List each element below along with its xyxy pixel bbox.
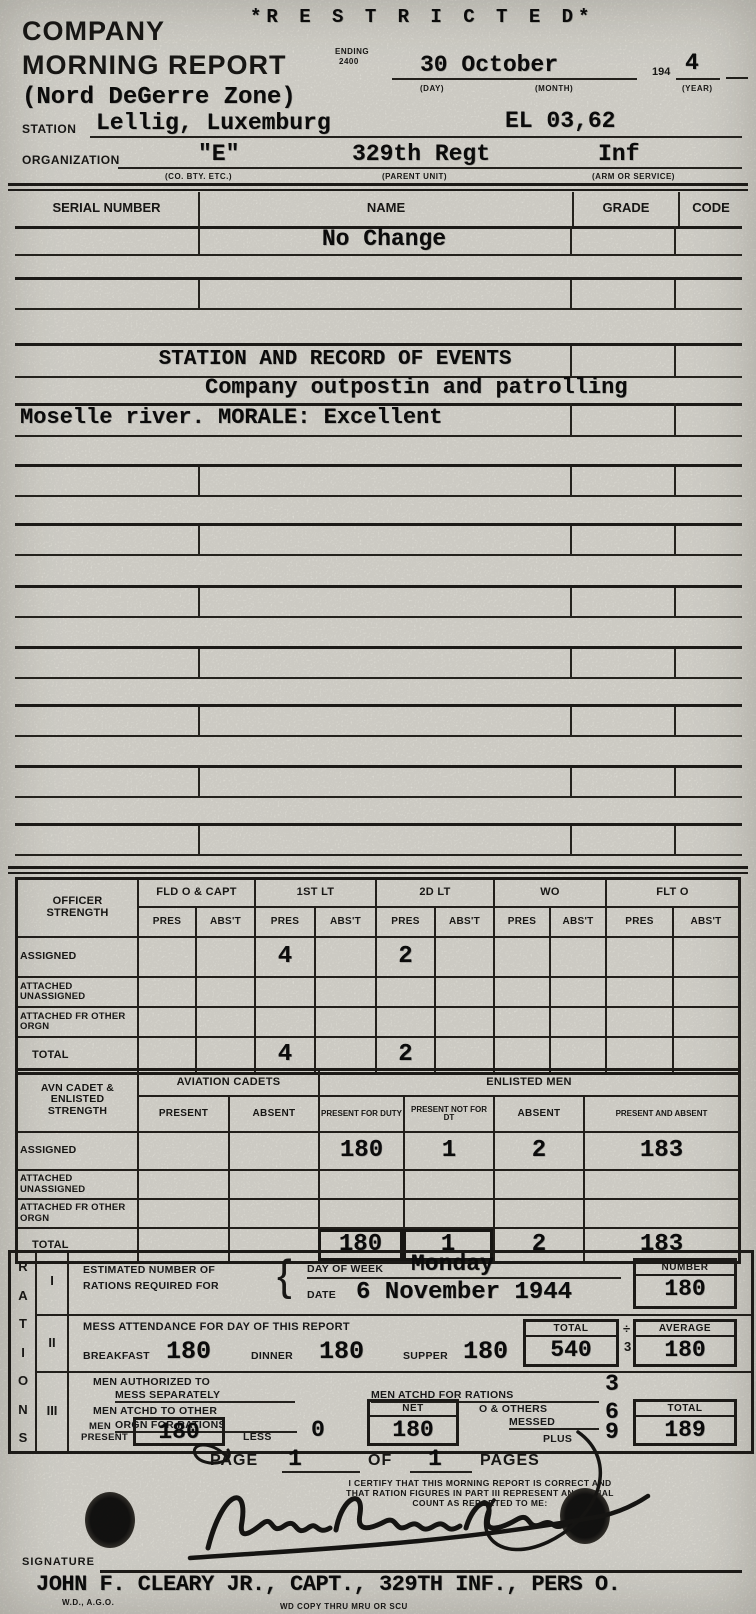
empty-roster-row	[15, 765, 742, 798]
day-label: (DAY)	[420, 84, 444, 93]
value-cell: 2	[375, 938, 434, 976]
auth-mess-label-2: MESS SEPARATELY	[115, 1389, 295, 1403]
org-company-field: "E"	[198, 141, 239, 167]
table-row-attached-fr-other: ATTACHED FR OTHER ORGN	[18, 1198, 738, 1227]
organization-label: ORGANIZATION	[22, 153, 120, 167]
year-label: (YEAR)	[682, 84, 713, 93]
rations-letter: R	[18, 1259, 27, 1274]
divider	[674, 526, 676, 554]
certify-line-1: I CERTIFY THAT THIS MORNING REPORT IS CO…	[330, 1478, 630, 1488]
morning-report-document: *R E S T R I C T E D* COMPANY MORNING RE…	[0, 0, 756, 1614]
divider	[570, 280, 572, 308]
subcol-present-for-duty: PRESENT FOR DUTY	[318, 1097, 403, 1131]
value-cell	[434, 1008, 493, 1036]
col-header-code: CODE	[678, 192, 742, 226]
subcol-abst: ABS'T	[314, 908, 375, 936]
divider	[674, 467, 676, 495]
value-cell	[583, 1200, 738, 1227]
others-label-2: MESSED	[509, 1416, 599, 1430]
empty-roster-row	[15, 585, 742, 618]
value-cell	[493, 1038, 549, 1072]
punch-hole-left	[85, 1492, 135, 1548]
day-of-week-label: DAY OF WEEK	[307, 1263, 383, 1275]
month-label: (MONTH)	[535, 84, 573, 93]
col-header-serial: SERIAL NUMBER	[15, 192, 198, 226]
divider	[198, 768, 200, 796]
ending-label-1: ENDING	[335, 47, 369, 56]
rations-divider-1	[37, 1314, 751, 1316]
col-group-wo: WO	[493, 880, 605, 906]
value-cell	[672, 938, 738, 976]
events-line2: Moselle river. MORALE: Excellent	[20, 405, 442, 430]
divider	[570, 467, 572, 495]
date-report-label: DATE	[307, 1289, 336, 1301]
rations-letter: O	[18, 1373, 28, 1388]
col-group-fldo-capt: FLD O & CAPT	[137, 880, 254, 906]
divide-by: 3	[624, 1339, 631, 1354]
plus-label: PLUS	[543, 1433, 572, 1445]
part3-numeral: III	[37, 1403, 67, 1418]
divider	[674, 826, 676, 854]
col-group-2d-lt: 2D LT	[375, 880, 493, 906]
divider	[198, 826, 200, 854]
divider	[570, 346, 572, 376]
net-label: NET	[370, 1402, 456, 1417]
value-cell	[137, 1008, 195, 1036]
value-cell	[137, 938, 195, 976]
value-cell: 180	[318, 1133, 403, 1169]
value-cell	[672, 978, 738, 1006]
col-group-enlisted-men: ENLISTED MEN	[318, 1071, 738, 1095]
subcol-pres: PRES	[493, 908, 549, 936]
row-label: ATTACHED FR OTHER ORGN	[18, 1008, 137, 1036]
form-title-line1: COMPANY	[22, 16, 165, 47]
officer-sub-row: PRES ABS'T PRES ABS'T PRES ABS'T PRES AB…	[137, 906, 738, 936]
value-cell	[549, 978, 605, 1006]
rations-vertical-label: R A T I O N S	[11, 1253, 37, 1451]
rations-total-value: 189	[636, 1417, 734, 1443]
table-row-attached-unassigned: ATTACHED UNASSIGNED	[18, 976, 738, 1006]
average-label: AVERAGE	[636, 1322, 734, 1337]
org-sublabel-co: (CO. BTY. ETC.)	[165, 172, 232, 181]
part2-numeral: II	[37, 1335, 67, 1350]
number-box: NUMBER 180	[633, 1258, 737, 1309]
day-of-week-field: Monday	[411, 1251, 494, 1277]
value-cell	[314, 1008, 375, 1036]
officer-table-head: OFFICER STRENGTH FLD O & CAPT 1ST LT 2D …	[18, 880, 738, 936]
col-header-grade: GRADE	[572, 192, 678, 226]
divider	[198, 707, 200, 735]
date-report-field: 6 November 1944	[356, 1279, 572, 1306]
divider	[570, 403, 572, 435]
rations-section: R A T I O N S I II III ESTIMATED NUMBER …	[8, 1250, 754, 1454]
men-present-label-2: PRESENT	[81, 1432, 128, 1443]
date-underline	[392, 78, 637, 80]
officer-strength-row-header: OFFICER STRENGTH	[18, 880, 137, 934]
subcol-abst: ABS'T	[195, 908, 254, 936]
table-row-assigned: ASSIGNED 180 1 2 183	[18, 1131, 738, 1169]
value-cell: 2	[493, 1133, 583, 1169]
empty-roster-row	[15, 704, 742, 737]
signature-label: SIGNATURE	[22, 1556, 95, 1568]
value-cell	[493, 938, 549, 976]
part1-label-1: ESTIMATED NUMBER OF	[83, 1264, 215, 1276]
rations-letter: N	[18, 1402, 27, 1417]
less-value: 0	[311, 1417, 325, 1443]
row-label: TOTAL	[18, 1038, 137, 1072]
subcol-present-not-for-dt: PRESENT NOT FOR DT	[403, 1097, 493, 1131]
value-cell	[403, 1171, 493, 1198]
value-cell	[375, 978, 434, 1006]
value-cell	[137, 1171, 228, 1198]
year-prefix: 194	[652, 66, 670, 78]
row-label: ATTACHED FR OTHER ORGN	[18, 1200, 137, 1227]
col-header-name: NAME	[198, 192, 572, 226]
table-row-total: TOTAL 4 2	[18, 1036, 738, 1072]
value-cell	[228, 1200, 318, 1227]
divider	[674, 280, 676, 308]
section-divider-top	[8, 183, 748, 191]
date-field: 30 October	[420, 52, 558, 78]
value-cell	[434, 978, 493, 1006]
divider	[674, 707, 676, 735]
org-arm-field: Inf	[598, 141, 639, 167]
divider	[570, 707, 572, 735]
breakfast-label: BREAKFAST	[83, 1350, 150, 1362]
part1-label-2: RATIONS REQUIRED FOR	[83, 1280, 219, 1292]
divider	[570, 649, 572, 677]
value-cell	[375, 1008, 434, 1036]
col-group-flt-o: FLT O	[605, 880, 738, 906]
table-row-attached-unassigned: ATTACHED UNASSIGNED	[18, 1169, 738, 1198]
divider	[674, 588, 676, 616]
others-label-1: O & OTHERS	[479, 1403, 547, 1415]
value-cell	[403, 1200, 493, 1227]
breakfast-value: 180	[166, 1337, 211, 1366]
station-underline	[90, 136, 742, 138]
row-label: ATTACHED UNASSIGNED	[18, 978, 137, 1006]
subcol-pres: PRES	[605, 908, 672, 936]
station-coord-field: EL 03,62	[505, 108, 615, 134]
value-cell: 1	[403, 1133, 493, 1169]
value-cell	[254, 978, 314, 1006]
brace: {	[277, 1251, 292, 1301]
ending-label-2: 2400	[339, 57, 359, 66]
value-cell	[672, 1008, 738, 1036]
roster-header-row: SERIAL NUMBER NAME GRADE CODE	[15, 192, 742, 229]
mess-attendance-label: MESS ATTENDANCE FOR DAY OF THIS REPORT	[83, 1321, 350, 1333]
value-cell	[137, 1200, 228, 1227]
rations-divider-2	[37, 1371, 751, 1373]
bottom-note: WD COPY THRU MRU OR SCU	[280, 1602, 408, 1611]
table-row-attached-fr-other: ATTACHED FR OTHER ORGN	[18, 1006, 738, 1036]
divider	[198, 588, 200, 616]
empty-roster-row	[15, 523, 742, 556]
net-box: NET 180	[367, 1399, 459, 1446]
events-line1-row: Company outpostin and patrolling	[15, 375, 742, 406]
rations-total-label: TOTAL	[636, 1402, 734, 1417]
divider	[674, 649, 676, 677]
value-cell	[137, 1133, 228, 1169]
rations-letter: I	[21, 1345, 25, 1360]
divider	[198, 280, 200, 308]
value-cell: 4	[254, 938, 314, 976]
mess-total-box: TOTAL 540	[523, 1319, 619, 1367]
classification-banner: *R E S T R I C T E D*	[250, 6, 594, 28]
form-title-line2: MORNING REPORT	[22, 50, 287, 81]
subcol-pres: PRES	[375, 908, 434, 936]
dinner-value: 180	[319, 1337, 364, 1366]
empty-roster-row	[15, 464, 742, 497]
divider	[198, 649, 200, 677]
value-cell	[583, 1171, 738, 1198]
value-cell: 183	[583, 1133, 738, 1169]
empty-roster-row	[15, 646, 742, 679]
net-value: 180	[370, 1417, 456, 1443]
empty-roster-row	[15, 823, 742, 856]
col-group-1st-lt: 1ST LT	[254, 880, 375, 906]
atchd-rations-value: 3	[605, 1371, 619, 1397]
roster-section: SERIAL NUMBER NAME GRADE CODE No Change …	[15, 192, 742, 872]
section-divider-mid	[8, 866, 748, 874]
row-label: ATTACHED UNASSIGNED	[18, 1171, 137, 1198]
value-cell	[493, 1200, 583, 1227]
subcol-pres: PRES	[254, 908, 314, 936]
page-underline	[282, 1471, 360, 1473]
divider	[570, 226, 572, 254]
men-present-value: 180	[136, 1419, 222, 1445]
rations-letter: S	[19, 1430, 28, 1445]
divider	[570, 526, 572, 554]
col-group-aviation-cadets: AVIATION CADETS	[137, 1071, 318, 1095]
org-sublabel-arm: (ARM OR SERVICE)	[592, 172, 675, 181]
events-title-row: STATION AND RECORD OF EVENTS	[15, 343, 742, 378]
events-title: STATION AND RECORD OF EVENTS	[105, 348, 565, 371]
signed-name: JOHN F. CLEARY JR., CAPT., 329TH INF., P…	[36, 1572, 620, 1597]
rations-letter: A	[18, 1288, 27, 1303]
value-cell: 2	[375, 1038, 434, 1072]
value-cell	[493, 1171, 583, 1198]
row-label: ASSIGNED	[18, 1133, 137, 1169]
rations-total-box: TOTAL 189	[633, 1399, 737, 1446]
value-cell	[605, 978, 672, 1006]
officer-group-row: FLD O & CAPT 1ST LT 2D LT WO FLT O	[137, 880, 738, 906]
divider	[198, 526, 200, 554]
value-cell	[195, 1008, 254, 1036]
value-cell	[549, 1008, 605, 1036]
value-cell	[605, 1038, 672, 1072]
roster-entry-no-change: No Change	[198, 226, 570, 252]
divider	[674, 403, 676, 435]
value-cell	[228, 1133, 318, 1169]
value-cell	[228, 1171, 318, 1198]
pages-number: 1	[428, 1446, 442, 1472]
table-row-assigned: ASSIGNED 4 2	[18, 936, 738, 976]
pages-label: PAGES	[480, 1452, 540, 1470]
divider	[570, 826, 572, 854]
value-cell	[549, 1038, 605, 1072]
subcol-present-and-absent: PRESENT AND ABSENT	[583, 1097, 738, 1131]
value-cell	[493, 1008, 549, 1036]
value-cell	[314, 1038, 375, 1072]
subcol-abst: ABS'T	[672, 908, 738, 936]
value-cell	[195, 1038, 254, 1072]
less-label: LESS	[243, 1431, 272, 1443]
divider	[198, 467, 200, 495]
dinner-label: DINNER	[251, 1350, 293, 1362]
supper-label: SUPPER	[403, 1350, 448, 1362]
roster-entry-row: No Change	[15, 226, 742, 256]
divide-sign: ÷	[623, 1321, 630, 1336]
officer-head-right: FLD O & CAPT 1ST LT 2D LT WO FLT O PRES …	[137, 880, 738, 936]
enlisted-group-row: AVIATION CADETS ENLISTED MEN	[137, 1071, 738, 1095]
number-box-value: 180	[636, 1276, 734, 1302]
empty-roster-row	[15, 277, 742, 310]
value-cell	[254, 1008, 314, 1036]
subcol-absent-em: ABSENT	[493, 1097, 583, 1131]
divider	[570, 768, 572, 796]
station-label: STATION	[22, 122, 76, 136]
divider	[570, 588, 572, 616]
part1-numeral: I	[37, 1273, 67, 1288]
supper-value: 180	[463, 1337, 508, 1366]
page-label: PAGE	[210, 1452, 258, 1470]
value-cell	[434, 1038, 493, 1072]
subcol-abst: ABS'T	[434, 908, 493, 936]
organization-underline	[118, 167, 742, 169]
enlisted-sub-row: PRESENT ABSENT PRESENT FOR DUTY PRESENT …	[137, 1095, 738, 1131]
auth-mess-label-1: MEN AUTHORIZED TO	[93, 1376, 210, 1388]
value-cell	[137, 1038, 195, 1072]
enlisted-head-right: AVIATION CADETS ENLISTED MEN PRESENT ABS…	[137, 1071, 738, 1131]
pages-underline	[410, 1471, 472, 1473]
events-line1: Company outpostin and patrolling	[205, 375, 627, 400]
events-line2-row: Moselle river. MORALE: Excellent	[15, 403, 742, 437]
subcol-pres: PRES	[137, 908, 195, 936]
men-present-box: 180	[133, 1417, 225, 1446]
org-sublabel-parent: (PARENT UNIT)	[382, 172, 447, 181]
subcol-present: PRESENT	[137, 1097, 228, 1131]
subcol-abst: ABS'T	[549, 908, 605, 936]
value-cell	[318, 1200, 403, 1227]
mess-total-label: TOTAL	[526, 1322, 616, 1337]
value-cell	[605, 1008, 672, 1036]
year-underline	[676, 78, 720, 80]
subcol-absent: ABSENT	[228, 1097, 318, 1131]
zone-line: (Nord DeGerre Zone)	[22, 84, 296, 111]
value-cell	[493, 978, 549, 1006]
year-dash	[726, 77, 748, 79]
form-code: W.D., A.G.O.	[62, 1598, 114, 1607]
of-label: OF	[368, 1452, 392, 1470]
number-box-label: NUMBER	[636, 1261, 734, 1276]
value-cell	[434, 938, 493, 976]
org-parent-field: 329th Regt	[352, 141, 490, 167]
punch-hole-right	[560, 1488, 610, 1544]
value-cell	[605, 938, 672, 976]
value-cell	[314, 978, 375, 1006]
men-present-label-1: MEN	[89, 1421, 111, 1432]
value-cell	[137, 978, 195, 1006]
page-number: 1	[288, 1446, 302, 1472]
divider	[674, 768, 676, 796]
rations-letter: T	[19, 1316, 27, 1331]
plus-value: 9	[605, 1419, 619, 1445]
value-cell	[195, 938, 254, 976]
average-value: 180	[636, 1337, 734, 1363]
row-label: ASSIGNED	[18, 938, 137, 976]
average-box: AVERAGE 180	[633, 1319, 737, 1367]
rations-numeral-col: I II III	[37, 1253, 69, 1451]
officer-strength-table: OFFICER STRENGTH FLD O & CAPT 1ST LT 2D …	[15, 877, 741, 1075]
enlisted-table-head: AVN CADET & ENLISTED STRENGTH AVIATION C…	[18, 1071, 738, 1131]
station-field: Lellig, Luxemburg	[96, 110, 331, 136]
value-cell	[672, 1038, 738, 1072]
value-cell	[318, 1171, 403, 1198]
atchd-other-label-1: MEN ATCHD TO OTHER	[93, 1405, 217, 1417]
value-cell	[195, 978, 254, 1006]
divider	[674, 226, 676, 254]
value-cell	[314, 938, 375, 976]
mess-total-value: 540	[526, 1337, 616, 1363]
divider	[674, 346, 676, 376]
enlisted-strength-row-header: AVN CADET & ENLISTED STRENGTH	[18, 1071, 137, 1129]
value-cell: 4	[254, 1038, 314, 1072]
enlisted-strength-table: AVN CADET & ENLISTED STRENGTH AVIATION C…	[15, 1068, 741, 1264]
year-field: 4	[685, 50, 699, 76]
value-cell	[549, 938, 605, 976]
